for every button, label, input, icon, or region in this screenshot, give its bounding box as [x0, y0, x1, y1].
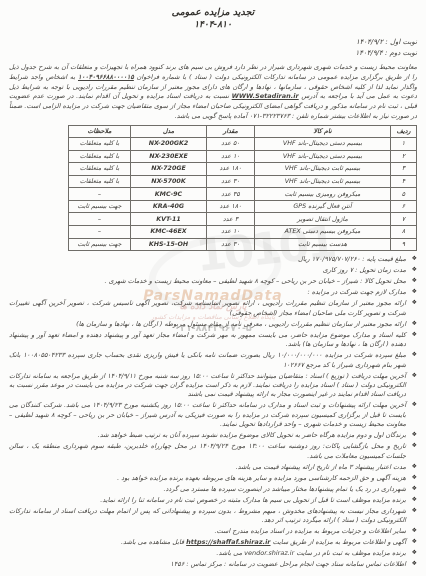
bullet-text: برنده مزایده موظف به ثبت نام در سایت ven…: [216, 549, 406, 557]
cell-notes: جهت بیسیم ثابت: [69, 238, 131, 251]
setadiran-url: WWW.Setadiran.ir: [232, 92, 299, 100]
cell-name: بیسیم دستی دیجیتال-باند VHF: [255, 138, 391, 151]
cell-name: هدست بیسیم ثابت: [255, 238, 391, 251]
cell-qty: ۳۰ عدد: [207, 175, 255, 188]
notice-bullet: ❖ارائه مجوز معتبر از سازمان تنظیم مقررات…: [9, 299, 417, 318]
diamond-bullet-icon: ❖: [412, 496, 417, 505]
table-row: ۴بیسیم ثابت دیجیتال-باند VHF۳۰ عددNX-570…: [69, 175, 417, 188]
cell-qty: ۱۰ عدد: [207, 150, 255, 163]
publish-dates: نوبت اول : ۱۴۰۴/۹/۲ نوبت دوم : ۱۴۰۴/۹/۴: [9, 37, 417, 58]
cell-row: ۲: [391, 150, 417, 163]
bullet-text: ارائه مجوز معتبر از سازمان تنظیم مقررات …: [76, 320, 406, 328]
notice-bullet-shaffaf-site: ❖آگهی و اطلاعات مربوط به مزایده از طریق …: [9, 538, 417, 547]
cell-name: بیسیم ثابت دیجیتال-باند VHF: [255, 175, 391, 188]
diamond-bullet-icon: ❖: [412, 288, 417, 297]
diamond-bullet-icon: ❖: [412, 485, 417, 494]
diamond-bullet-icon: ❖: [412, 266, 417, 275]
cell-row: ۶: [391, 200, 417, 213]
cell-notes: –: [69, 188, 131, 201]
bullet-text: آخرین مهلت دریافت ( توزیع ) اسناد : متقا…: [9, 372, 406, 399]
notice-bullet: ❖مبلغ قیمت پایه : ۱۷۰/۹۷۵/۷۰۷/۲۶۰ ریال: [9, 255, 417, 264]
bullet-text: سایر اطلاعات و جزئیات مربوط به مزایده در…: [214, 527, 406, 535]
diamond-bullet-icon: ❖: [412, 255, 417, 264]
notice-bullet: ❖کلیه اسناد و مدارک موضوع مزایده حاضر، م…: [9, 331, 417, 350]
bullet-text: برندگان اول و دوم مزایده هرگاه حاضر به ت…: [98, 431, 406, 439]
cell-row: ۹: [391, 238, 417, 251]
notice-bullet: ❖شهرداری در رد یک یا تمام پیشنهادها مختا…: [9, 485, 417, 494]
cell-name: میکروفن رومیزی بیسیم ثابت: [255, 188, 391, 201]
diamond-bullet-icon: ❖: [412, 474, 417, 483]
notice-number: ۱۴۰۴-۸۱۰: [9, 20, 417, 30]
shaffaf-url: https://shaffaf.shiraz.ir: [186, 538, 270, 546]
auction-notice-page: 10101 ParsNamadData پارس نماد داده ها پا…: [0, 0, 426, 576]
notice-bullet: ❖سایر اطلاعات و جزئیات مربوط به مزایده د…: [9, 527, 417, 536]
cell-qty: ۱۸۰ عدد: [207, 200, 255, 213]
bullet-text: برنده مزایده موظف است تا قبل از تحویل بی…: [100, 496, 406, 504]
cell-notes: –: [69, 226, 131, 239]
bullet-text: قابل مشاهده می باشد.: [121, 538, 186, 546]
bullet-text: مدارک لازم جهت شرکت در مزایده :: [307, 288, 406, 296]
cell-model: NX-200GK2: [131, 138, 207, 151]
terms-list: ❖مبلغ قیمت پایه : ۱۷۰/۹۷۵/۷۰۷/۲۶۰ ریال ❖…: [9, 255, 417, 570]
notice-bullet: ❖برندگان اول و دوم مزایده هرگاه حاضر به …: [9, 431, 417, 440]
cell-name: آنتن فعال گیرنده GPS: [255, 200, 391, 213]
diamond-bullet-icon: ❖: [412, 527, 417, 536]
cell-qty: ۳ عدد: [207, 213, 255, 226]
bullet-text: شهرداری مجاز نیست به پیشنهادهای مخدوش ، …: [9, 507, 406, 524]
cell-row: ۱: [391, 138, 417, 151]
notice-bullet: ❖آخرین مهلت دریافت ( توزیع ) اسناد : متق…: [9, 372, 417, 400]
cell-model: NX-720GE: [131, 163, 207, 176]
notice-bullet: ❖هزینه آگهی و حق الزحمه کارشناسی مورد مز…: [9, 474, 417, 483]
notice-bullet: ❖محل تحویل کالا : شیراز – خیابان حر بن ر…: [9, 277, 417, 286]
cell-model: KRA-40G: [131, 200, 207, 213]
notice-bullet: ❖مدت اعتبار پیشنهاد ۳ ماه از تاریخ ارائه…: [9, 463, 417, 472]
diamond-bullet-icon: ❖: [412, 549, 417, 558]
bullet-text: مبلغ قیمت پایه : ۱۷۰/۹۷۵/۷۰۷/۲۶۰ ریال: [298, 255, 406, 263]
notice-bullet: ❖مبلغ سپرده شرکت در مزایده ۱۰/۰۰۰/۰۰۰/۰۰…: [9, 351, 417, 370]
intro-paragraph: معاونت محیط زیست و خدمات شهری شهرداری شی…: [9, 63, 417, 122]
cell-qty: ۱۸۰ عدد: [207, 163, 255, 176]
bullet-text: مدت زمان تحویل : ۷ روز کاری: [323, 266, 406, 274]
notice-bullet: ❖مدت زمان تحویل : ۷ روز کاری: [9, 266, 417, 275]
cell-row: ۵: [391, 188, 417, 201]
bullet-text: محل تحویل کالا : شیراز – خیابان حر بن ری…: [104, 277, 406, 285]
cell-notes: با کلیه متعلقات: [69, 163, 131, 176]
bullet-text: آگهی و اطلاعات مربوط به مزایده از طریق س…: [271, 538, 406, 546]
notice-bullet: ❖تاریخ و محل بازگشایی پاکات: روز دوشنبه …: [9, 442, 417, 461]
notice-title: تجدید مزایده عمومی: [9, 7, 417, 18]
bullet-text: آخرین مهلت ارائه پیشنهادات و ثبت اسناد و…: [9, 401, 406, 428]
cell-name: ماژول انتقال تصویر: [255, 213, 391, 226]
diamond-bullet-icon: ❖: [412, 538, 417, 547]
cell-model: KMC-46EX: [131, 226, 207, 239]
publish-date-second: نوبت دوم : ۱۴۰۴/۹/۴: [9, 48, 417, 59]
cell-row: ۳: [391, 163, 417, 176]
notice-bullet: ❖شهرداری مجاز نیست به پیشنهادهای مخدوش ،…: [9, 507, 417, 526]
bullet-text: اطلاعات تماس سامانه ستاد جهت انجام مراحل…: [170, 560, 406, 568]
bullet-text: مبلغ سپرده شرکت در مزایده ۱۰/۰۰۰/۰۰۰/۰۰۰…: [9, 351, 406, 368]
diamond-bullet-icon: ❖: [412, 560, 417, 569]
diamond-bullet-icon: ❖: [412, 431, 417, 440]
col-header-notes: ملاحظات: [69, 125, 131, 138]
cell-row: ۷: [391, 213, 417, 226]
cell-notes: با کلیه متعلقات: [69, 175, 131, 188]
notice-bullet: ❖ارائه مجوز معتبر از سازمان تنظیم مقررات…: [9, 320, 417, 329]
diamond-bullet-icon: ❖: [412, 401, 417, 410]
diamond-bullet-icon: ❖: [412, 372, 417, 381]
notice-bullet: ❖مدارک لازم جهت شرکت در مزایده :: [9, 288, 417, 297]
table-row: ۸میکروفن بیسیم دستی ATEX۱۰ عددKMC-46EX–: [69, 226, 417, 239]
auction-items-table: ردیف نام کالا مقدار مدل ملاحظات ۱بیسیم د…: [68, 125, 417, 252]
col-header-quantity: مقدار: [207, 125, 255, 138]
cell-name: بیسیم دستی دیجیتال-باند VHF: [255, 150, 391, 163]
bullet-text: شهرداری در رد یک یا تمام پیشنهادها مختار…: [163, 485, 406, 493]
cell-model: KVT-11: [131, 213, 207, 226]
cell-name: میکروفن بیسیم دستی ATEX: [255, 226, 391, 239]
notice-bullet: ❖برنده مزایده موظف است تا قبل از تحویل ب…: [9, 496, 417, 505]
col-header-model: مدل: [131, 125, 207, 138]
cell-notes: با کلیه متعلقات: [69, 150, 131, 163]
cell-qty: ۱۰ عدد: [207, 226, 255, 239]
notice-bullet: ❖اطلاعات تماس سامانه ستاد جهت انجام مراح…: [9, 560, 417, 569]
cell-name: بیسیم ثابت دیجیتال-باند VHF: [255, 163, 391, 176]
publish-date-first: نوبت اول : ۱۴۰۴/۹/۲: [9, 37, 417, 48]
table-row: ۵میکروفن رومیزی بیسیم ثابت۳۵ عددKMC-9C–: [69, 188, 417, 201]
table-row: ۲بیسیم دستی دیجیتال-باند VHF۱۰ عددNX-230…: [69, 150, 417, 163]
table-row: ۷ماژول انتقال تصویر۳ عددKVT-11–: [69, 213, 417, 226]
diamond-bullet-icon: ❖: [412, 320, 417, 329]
cell-row: ۴: [391, 175, 417, 188]
table-row: ۳بیسیم ثابت دیجیتال-باند VHF۱۸۰ عددNX-72…: [69, 163, 417, 176]
call-number: ۱۰۰۴۰۹۶۶۸۸۰۰۰۰۱۵: [78, 73, 134, 81]
cell-model: NX-230EXE: [131, 150, 207, 163]
cell-notes: جهت بیسیم ثابت: [69, 200, 131, 213]
cell-notes: –: [69, 213, 131, 226]
cell-model: NX-5700K: [131, 175, 207, 188]
diamond-bullet-icon: ❖: [412, 351, 417, 360]
col-header-item-name: نام کالا: [255, 125, 391, 138]
diamond-bullet-icon: ❖: [412, 507, 417, 516]
cell-model: KMC-9C: [131, 188, 207, 201]
col-header-row-number: ردیف: [391, 125, 417, 138]
diamond-bullet-icon: ❖: [412, 442, 417, 451]
cell-qty: ۳۰ عدد: [207, 238, 255, 251]
table-row: ۹هدست بیسیم ثابت۳۰ عددKHS-15-OHجهت بیسیم…: [69, 238, 417, 251]
diamond-bullet-icon: ❖: [412, 299, 417, 308]
cell-row: ۸: [391, 226, 417, 239]
diamond-bullet-icon: ❖: [412, 277, 417, 286]
table-row: ۱بیسیم دستی دیجیتال-باند VHF۵۰ عددNX-200…: [69, 138, 417, 151]
cell-qty: ۵۰ عدد: [207, 138, 255, 151]
cell-model: KHS-15-OH: [131, 238, 207, 251]
bullet-text: مدت اعتبار پیشنهاد ۳ ماه از تاریخ ارائه …: [236, 463, 406, 471]
diamond-bullet-icon: ❖: [412, 331, 417, 340]
notice-bullet: ❖آخرین مهلت ارائه پیشنهادات و ثبت اسناد …: [9, 401, 417, 429]
bullet-text: ارائه مجوز معتبر از سازمان تنظیم مقررات …: [9, 299, 406, 316]
bullet-text: تاریخ و محل بازگشایی پاکات: روز دوشنبه س…: [9, 442, 406, 459]
bullet-text: کلیه اسناد و مدارک موضوع مزایده حاضر، می…: [9, 331, 406, 348]
diamond-bullet-icon: ❖: [412, 463, 417, 472]
table-header-row: ردیف نام کالا مقدار مدل ملاحظات: [69, 125, 417, 138]
cell-qty: ۳۵ عدد: [207, 188, 255, 201]
table-row: ۶آنتن فعال گیرنده GPS۱۸۰ عددKRA-40Gجهت ب…: [69, 200, 417, 213]
cell-notes: با کلیه متعلقات: [69, 138, 131, 151]
notice-bullet: ❖برنده مزایده موظف به ثبت نام در سایت ve…: [9, 549, 417, 558]
bullet-text: هزینه آگهی و حق الزحمه کارشناسی مورد مزا…: [117, 474, 406, 482]
